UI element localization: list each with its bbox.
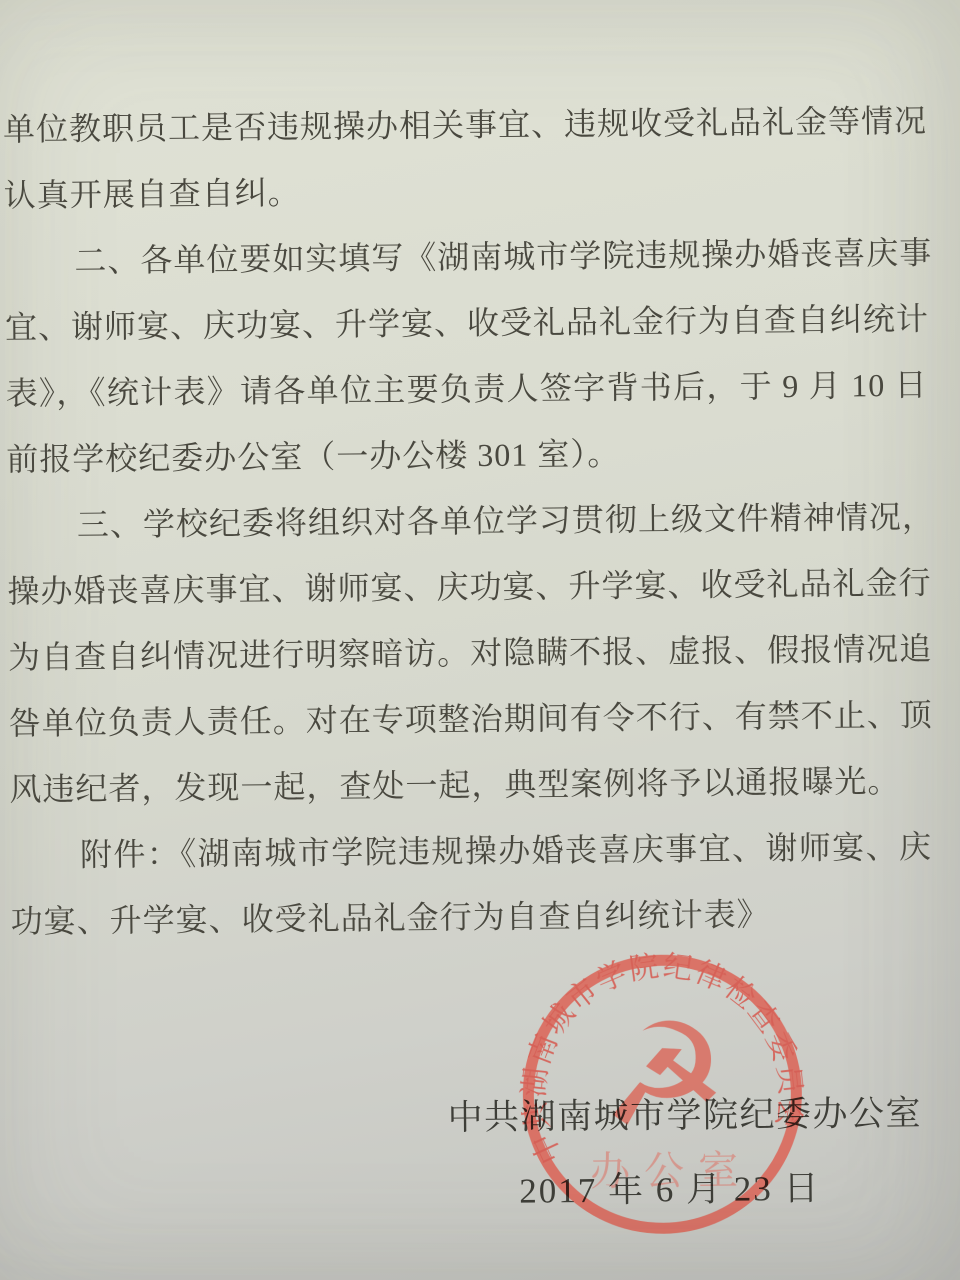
body-line: 认真开展自查自纠。 [3, 154, 926, 229]
body-line: 二、各单位要如实填写《湖南城市学院违规操办婚丧喜庆事 [4, 220, 927, 295]
attachment-line: 附件：《湖南城市学院违规操办婚丧喜庆事宜、谢师宴、庆 [10, 814, 933, 889]
body-line: 风违纪者，发现一起，查处一起，典型案例将予以通报曝光。 [9, 748, 932, 823]
body-line: 单位教职员工是否违规操办相关事宜、违规收受礼品礼金等情况 [3, 88, 926, 163]
body-line: 三、学校纪委将组织对各单位学习贯彻上级文件精神情况， [7, 484, 930, 559]
body-line: 为自查自纠情况进行明察暗访。对隐瞒不报、虚报、假报情况追 [8, 616, 931, 691]
official-seal: 中共湖南城市学院纪律检查委员会 ☭ 办公室 [515, 947, 810, 1242]
body-line: 宜、谢师宴、庆功宴、升学宴、收受礼品礼金行为自查自纠统计 [5, 286, 928, 361]
document-sheet: 单位教职员工是否违规操办相关事宜、违规收受礼品礼金等情况 认真开展自查自纠。 二… [0, 0, 960, 1280]
attachment-line: 功宴、升学宴、收受礼品礼金行为自查自纠统计表》 [10, 880, 933, 955]
body-line: 前报学校纪委办公室（一办公楼 301 室）。 [6, 418, 929, 493]
seal-office-text: 办公室 [590, 1147, 752, 1194]
body-line: 咎单位负责人责任。对在专项整治期间有令不行、有禁不止、顶 [8, 682, 931, 757]
document-photo: 单位教职员工是否违规操办相关事宜、违规收受礼品礼金等情况 认真开展自查自纠。 二… [0, 0, 960, 1280]
body-line: 表》，《统计表》请各单位主要负责人签字背书后，于 9 月 10 日 [5, 352, 928, 427]
hammer-sickle-icon: ☭ [600, 993, 729, 1159]
body-line: 操办婚丧喜庆事宜、谢师宴、庆功宴、升学宴、收受礼品礼金行 [7, 550, 930, 625]
document-body: 单位教职员工是否违规操办相关事宜、违规收受礼品礼金等情况 认真开展自查自纠。 二… [3, 88, 933, 955]
